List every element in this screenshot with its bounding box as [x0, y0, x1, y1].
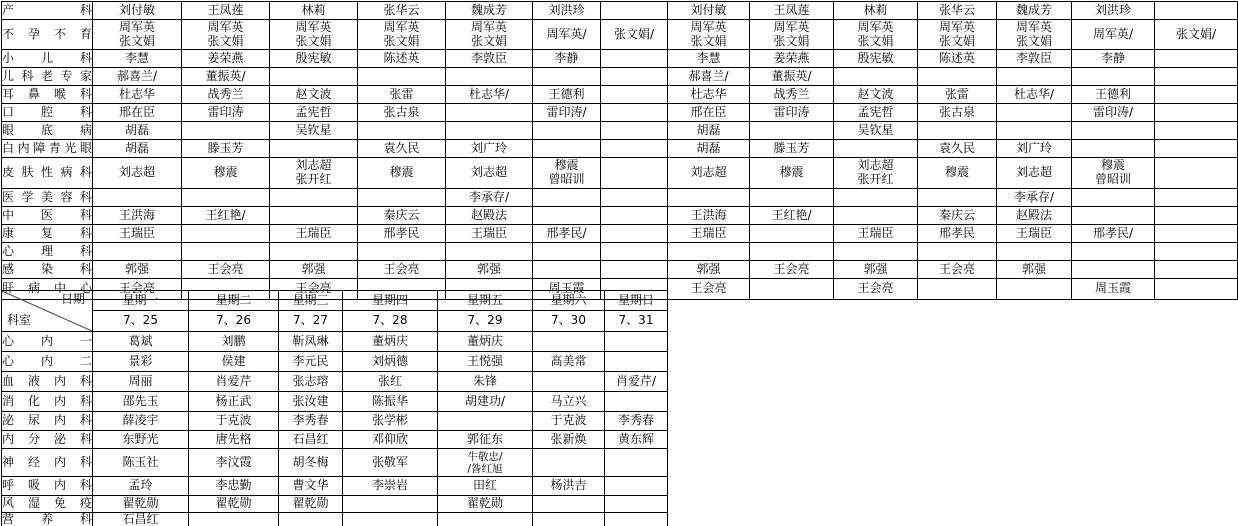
- schedule-cell[interactable]: [93, 243, 182, 261]
- schedule-cell[interactable]: [1072, 122, 1155, 140]
- schedule-cell[interactable]: 翟乾勋: [438, 496, 533, 513]
- schedule-cell[interactable]: 吴钦星: [834, 122, 918, 140]
- schedule-cell[interactable]: [1155, 50, 1238, 68]
- schedule-cell[interactable]: 战秀兰: [750, 86, 834, 104]
- schedule-cell[interactable]: 邢孝民: [358, 225, 446, 243]
- schedule-cell[interactable]: [446, 122, 533, 140]
- schedule-cell[interactable]: 郭强: [446, 261, 533, 279]
- schedule-cell[interactable]: 周玉霞: [1072, 279, 1155, 300]
- schedule-cell[interactable]: 杨正武: [189, 392, 279, 412]
- schedule-cell[interactable]: [93, 189, 182, 207]
- schedule-cell[interactable]: [605, 352, 668, 372]
- schedule-cell[interactable]: [533, 332, 605, 352]
- schedule-cell[interactable]: 周军英张文娟: [270, 20, 358, 50]
- schedule-cell[interactable]: [1072, 207, 1155, 225]
- schedule-cell[interactable]: [668, 243, 750, 261]
- schedule-cell[interactable]: 周军英张文娟: [997, 20, 1072, 50]
- dept-cell[interactable]: 产科: [2, 2, 93, 20]
- schedule-cell[interactable]: 刘广玲: [446, 140, 533, 158]
- schedule-cell[interactable]: 陈述英: [358, 50, 446, 68]
- schedule-cell[interactable]: 张文娟/: [601, 20, 668, 50]
- schedule-cell[interactable]: 穆震: [750, 158, 834, 189]
- schedule-cell[interactable]: [533, 207, 601, 225]
- schedule-cell[interactable]: 郭强: [997, 261, 1072, 279]
- schedule-cell[interactable]: 王瑞臣: [834, 225, 918, 243]
- schedule-cell[interactable]: 王凤莲: [750, 2, 834, 20]
- schedule-cell[interactable]: 滕玉芳: [750, 140, 834, 158]
- schedule-cell[interactable]: 雷印涛/: [1072, 104, 1155, 122]
- schedule-cell[interactable]: [1072, 140, 1155, 158]
- schedule-cell[interactable]: 胡冬梅: [279, 449, 343, 477]
- schedule-cell[interactable]: 孟玲: [93, 477, 189, 496]
- schedule-cell[interactable]: [533, 513, 605, 526]
- schedule-cell[interactable]: 王瑞臣: [270, 225, 358, 243]
- schedule-cell[interactable]: 林莉: [270, 2, 358, 20]
- schedule-cell[interactable]: 于克波: [533, 412, 605, 431]
- schedule-cell[interactable]: 杜志华: [93, 86, 182, 104]
- schedule-cell[interactable]: [601, 225, 668, 243]
- schedule-cell[interactable]: 王凤莲: [182, 2, 270, 20]
- schedule-cell[interactable]: 石昌红: [279, 431, 343, 449]
- schedule-cell[interactable]: 殷宪敏: [270, 50, 358, 68]
- schedule-cell[interactable]: [182, 225, 270, 243]
- schedule-cell[interactable]: [533, 140, 601, 158]
- dept-cell[interactable]: 耳鼻喉科: [2, 86, 93, 104]
- schedule-cell[interactable]: 薛凌宇: [93, 412, 189, 431]
- schedule-cell[interactable]: 胡磊: [93, 122, 182, 140]
- schedule-cell[interactable]: [438, 412, 533, 431]
- schedule-cell[interactable]: [182, 243, 270, 261]
- schedule-cell[interactable]: 穆震: [358, 158, 446, 189]
- schedule-cell[interactable]: 唐先格: [189, 431, 279, 449]
- schedule-cell[interactable]: [533, 449, 605, 477]
- schedule-cell[interactable]: 郭征东: [438, 431, 533, 449]
- dept-cell[interactable]: 神经内科: [2, 449, 93, 477]
- schedule-cell[interactable]: 周军英张文娟: [668, 20, 750, 50]
- schedule-cell[interactable]: [533, 122, 601, 140]
- schedule-cell[interactable]: 周军英/: [1072, 20, 1155, 50]
- schedule-cell[interactable]: 张古泉: [918, 104, 997, 122]
- dept-cell[interactable]: 风湿免疫: [2, 496, 93, 513]
- schedule-cell[interactable]: [750, 189, 834, 207]
- date-header-cell[interactable]: 7、27: [279, 311, 343, 332]
- schedule-cell[interactable]: 雷印涛/: [533, 104, 601, 122]
- schedule-cell[interactable]: 郭强: [668, 261, 750, 279]
- schedule-cell[interactable]: 滕玉芳: [182, 140, 270, 158]
- schedule-cell[interactable]: 李忠勤: [189, 477, 279, 496]
- schedule-cell[interactable]: [1155, 122, 1238, 140]
- schedule-cell[interactable]: 邢孝民/: [1072, 225, 1155, 243]
- schedule-cell[interactable]: 邢孝民/: [533, 225, 601, 243]
- schedule-cell[interactable]: 石昌红: [93, 513, 189, 526]
- schedule-cell[interactable]: 李敦臣: [446, 50, 533, 68]
- schedule-cell[interactable]: 李汶霞: [189, 449, 279, 477]
- schedule-cell[interactable]: [533, 68, 601, 86]
- schedule-cell[interactable]: 朱锋: [438, 372, 533, 392]
- schedule-cell[interactable]: 孟宪哲: [834, 104, 918, 122]
- schedule-cell[interactable]: [270, 207, 358, 225]
- schedule-cell[interactable]: 周军英张文娟: [358, 20, 446, 50]
- schedule-cell[interactable]: [1155, 2, 1238, 20]
- schedule-cell[interactable]: [601, 68, 668, 86]
- schedule-cell[interactable]: 翟乾勋: [93, 496, 189, 513]
- schedule-cell[interactable]: [446, 243, 533, 261]
- dept-cell[interactable]: 儿科老专家: [2, 68, 93, 86]
- corner-header-cell[interactable]: 日期科室: [2, 291, 93, 332]
- schedule-cell[interactable]: 赵殿法: [997, 207, 1072, 225]
- schedule-cell[interactable]: [834, 68, 918, 86]
- schedule-cell[interactable]: 刘志超: [93, 158, 182, 189]
- schedule-cell[interactable]: 杜志华/: [997, 86, 1072, 104]
- schedule-cell[interactable]: [918, 189, 997, 207]
- schedule-cell[interactable]: [343, 496, 438, 513]
- schedule-cell[interactable]: 李静: [533, 50, 601, 68]
- schedule-cell[interactable]: 张古泉: [358, 104, 446, 122]
- schedule-cell[interactable]: 邢孝民: [918, 225, 997, 243]
- schedule-cell[interactable]: [1155, 158, 1238, 189]
- schedule-cell[interactable]: [533, 372, 605, 392]
- schedule-cell[interactable]: 秦庆云: [918, 207, 997, 225]
- schedule-cell[interactable]: [601, 158, 668, 189]
- schedule-cell[interactable]: 李秀春: [605, 412, 668, 431]
- date-header-cell[interactable]: 7、30: [533, 311, 605, 332]
- schedule-cell[interactable]: 周军英张文娟: [182, 20, 270, 50]
- schedule-cell[interactable]: 王会亮: [750, 261, 834, 279]
- dept-cell[interactable]: 消化内科: [2, 392, 93, 412]
- dept-cell[interactable]: 医学美容科: [2, 189, 93, 207]
- schedule-cell[interactable]: 刘洪珍: [1072, 2, 1155, 20]
- schedule-cell[interactable]: 穆震: [182, 158, 270, 189]
- dept-cell[interactable]: 呼吸内科: [2, 477, 93, 496]
- schedule-cell[interactable]: 董振英/: [182, 68, 270, 86]
- schedule-cell[interactable]: 邢在臣: [93, 104, 182, 122]
- schedule-cell[interactable]: [997, 279, 1072, 300]
- day-header-cell[interactable]: 星期三: [279, 291, 343, 311]
- schedule-cell[interactable]: 战秀兰: [182, 86, 270, 104]
- schedule-cell[interactable]: [1155, 86, 1238, 104]
- schedule-cell[interactable]: [601, 104, 668, 122]
- schedule-cell[interactable]: 姜荣燕: [182, 50, 270, 68]
- schedule-cell[interactable]: 黄东辉: [605, 431, 668, 449]
- day-header-cell[interactable]: 星期六: [533, 291, 605, 311]
- schedule-cell[interactable]: 郭强: [270, 261, 358, 279]
- schedule-cell[interactable]: 雷印涛: [750, 104, 834, 122]
- schedule-cell[interactable]: 杨洪吉: [533, 477, 605, 496]
- schedule-cell[interactable]: 郭强: [834, 261, 918, 279]
- schedule-cell[interactable]: 刘志超: [446, 158, 533, 189]
- schedule-cell[interactable]: 刘洪珍: [533, 2, 601, 20]
- schedule-cell[interactable]: 周军英张文娟: [750, 20, 834, 50]
- schedule-cell[interactable]: 于克波: [189, 412, 279, 431]
- schedule-cell[interactable]: [601, 2, 668, 20]
- schedule-cell[interactable]: 王洪海: [93, 207, 182, 225]
- schedule-cell[interactable]: [446, 104, 533, 122]
- schedule-cell[interactable]: 林莉: [834, 2, 918, 20]
- date-header-cell[interactable]: 7、29: [438, 311, 533, 332]
- schedule-cell[interactable]: 曹文华: [279, 477, 343, 496]
- schedule-cell[interactable]: 郝喜兰/: [668, 68, 750, 86]
- schedule-cell[interactable]: 赵文波: [834, 86, 918, 104]
- schedule-cell[interactable]: 邓仰欣: [343, 431, 438, 449]
- schedule-cell[interactable]: 赵文波: [270, 86, 358, 104]
- schedule-cell[interactable]: 景彩: [93, 352, 189, 372]
- schedule-cell[interactable]: 陈述英: [918, 50, 997, 68]
- schedule-cell[interactable]: [605, 392, 668, 412]
- schedule-cell[interactable]: 靳凤琳: [279, 332, 343, 352]
- schedule-cell[interactable]: 张雷: [358, 86, 446, 104]
- schedule-cell[interactable]: 孟宪哲: [270, 104, 358, 122]
- schedule-cell[interactable]: 邵先玉: [93, 392, 189, 412]
- schedule-cell[interactable]: 姜荣燕: [750, 50, 834, 68]
- schedule-cell[interactable]: [1072, 261, 1155, 279]
- dept-cell[interactable]: 感染科: [2, 261, 93, 279]
- schedule-cell[interactable]: 翟乾勋: [189, 496, 279, 513]
- schedule-cell[interactable]: [605, 449, 668, 477]
- schedule-cell[interactable]: [601, 261, 668, 279]
- schedule-cell[interactable]: 张学彬: [343, 412, 438, 431]
- schedule-cell[interactable]: [279, 513, 343, 526]
- schedule-cell[interactable]: 刘志超: [668, 158, 750, 189]
- schedule-cell[interactable]: 刘广玲: [997, 140, 1072, 158]
- schedule-cell[interactable]: [834, 243, 918, 261]
- schedule-cell[interactable]: [1155, 207, 1238, 225]
- schedule-cell[interactable]: [1072, 243, 1155, 261]
- schedule-cell[interactable]: 穆震曾昭训: [1072, 158, 1155, 189]
- schedule-cell[interactable]: 赵殿法: [446, 207, 533, 225]
- dept-cell[interactable]: 泌尿内科: [2, 412, 93, 431]
- schedule-cell[interactable]: 张新焕: [533, 431, 605, 449]
- dept-cell[interactable]: 眼底病: [2, 122, 93, 140]
- schedule-cell[interactable]: 胡磊: [668, 122, 750, 140]
- schedule-cell[interactable]: [601, 243, 668, 261]
- schedule-cell[interactable]: [601, 122, 668, 140]
- schedule-cell[interactable]: [601, 50, 668, 68]
- schedule-cell[interactable]: 袁久民: [918, 140, 997, 158]
- schedule-cell[interactable]: [605, 477, 668, 496]
- schedule-cell[interactable]: [918, 279, 997, 300]
- schedule-cell[interactable]: [750, 225, 834, 243]
- schedule-cell[interactable]: [270, 68, 358, 86]
- schedule-cell[interactable]: 王洪海: [668, 207, 750, 225]
- schedule-cell[interactable]: 刘鹏: [189, 332, 279, 352]
- schedule-cell[interactable]: 王瑞臣: [997, 225, 1072, 243]
- schedule-cell[interactable]: 东野光: [93, 431, 189, 449]
- schedule-cell[interactable]: [997, 104, 1072, 122]
- schedule-cell[interactable]: [605, 513, 668, 526]
- dept-cell[interactable]: 心内二: [2, 352, 93, 372]
- schedule-cell[interactable]: [918, 68, 997, 86]
- schedule-cell[interactable]: 李秀春: [279, 412, 343, 431]
- schedule-cell[interactable]: 胡磊: [668, 140, 750, 158]
- schedule-cell[interactable]: [358, 243, 446, 261]
- schedule-cell[interactable]: 李承存/: [446, 189, 533, 207]
- schedule-cell[interactable]: 周军英/: [533, 20, 601, 50]
- schedule-cell[interactable]: 周军英张文娟: [446, 20, 533, 50]
- schedule-cell[interactable]: 董炳庆: [438, 332, 533, 352]
- schedule-cell[interactable]: 王红艳/: [182, 207, 270, 225]
- schedule-cell[interactable]: 王悦强: [438, 352, 533, 372]
- schedule-cell[interactable]: 侯建: [189, 352, 279, 372]
- schedule-cell[interactable]: 李静: [1072, 50, 1155, 68]
- schedule-cell[interactable]: 邢在臣: [668, 104, 750, 122]
- day-header-cell[interactable]: 星期日: [605, 291, 668, 311]
- day-header-cell[interactable]: 星期一: [93, 291, 189, 311]
- schedule-cell[interactable]: [750, 279, 834, 300]
- dept-cell[interactable]: 中医科: [2, 207, 93, 225]
- schedule-cell[interactable]: 李崇岩: [343, 477, 438, 496]
- schedule-cell[interactable]: 董振英/: [750, 68, 834, 86]
- schedule-cell[interactable]: [1155, 189, 1238, 207]
- schedule-cell[interactable]: 李敦臣: [997, 50, 1072, 68]
- day-header-cell[interactable]: 星期二: [189, 291, 279, 311]
- schedule-cell[interactable]: 周军英张文娟: [918, 20, 997, 50]
- schedule-cell[interactable]: [182, 189, 270, 207]
- schedule-cell[interactable]: [270, 189, 358, 207]
- schedule-cell[interactable]: [997, 68, 1072, 86]
- schedule-cell[interactable]: 王会亮: [182, 261, 270, 279]
- schedule-cell[interactable]: 刘炳德: [343, 352, 438, 372]
- dept-cell[interactable]: 营养科: [2, 513, 93, 526]
- schedule-cell[interactable]: [438, 513, 533, 526]
- schedule-cell[interactable]: 李元民: [279, 352, 343, 372]
- schedule-cell[interactable]: 杜志华: [668, 86, 750, 104]
- schedule-cell[interactable]: [834, 140, 918, 158]
- dept-cell[interactable]: 内分泌科: [2, 431, 93, 449]
- schedule-cell[interactable]: 杜志华/: [446, 86, 533, 104]
- schedule-cell[interactable]: 王会亮: [834, 279, 918, 300]
- schedule-cell[interactable]: [446, 68, 533, 86]
- schedule-cell[interactable]: [533, 243, 601, 261]
- schedule-cell[interactable]: 吴钦星: [270, 122, 358, 140]
- date-header-cell[interactable]: 7、26: [189, 311, 279, 332]
- schedule-cell[interactable]: [270, 243, 358, 261]
- schedule-cell[interactable]: 刘志超张开红: [270, 158, 358, 189]
- schedule-cell[interactable]: 郝喜兰/: [93, 68, 182, 86]
- schedule-cell[interactable]: 穆震: [918, 158, 997, 189]
- day-header-cell[interactable]: 星期五: [438, 291, 533, 311]
- schedule-cell[interactable]: 肖爱芹: [189, 372, 279, 392]
- schedule-cell[interactable]: 郭强: [93, 261, 182, 279]
- schedule-cell[interactable]: [1155, 261, 1238, 279]
- schedule-cell[interactable]: 牛敬忠//昝红旭: [438, 449, 533, 477]
- schedule-cell[interactable]: 秦庆云: [358, 207, 446, 225]
- schedule-cell[interactable]: [1072, 189, 1155, 207]
- schedule-cell[interactable]: 张华云: [918, 2, 997, 20]
- dept-cell[interactable]: 血液内科: [2, 372, 93, 392]
- schedule-cell[interactable]: [605, 332, 668, 352]
- schedule-cell[interactable]: [668, 189, 750, 207]
- schedule-cell[interactable]: [358, 189, 446, 207]
- schedule-cell[interactable]: 张志瑢: [279, 372, 343, 392]
- schedule-cell[interactable]: 王红艳/: [750, 207, 834, 225]
- schedule-cell[interactable]: 刘付敏: [93, 2, 182, 20]
- schedule-cell[interactable]: 翟乾勋: [279, 496, 343, 513]
- schedule-cell[interactable]: 刘付敏: [668, 2, 750, 20]
- schedule-cell[interactable]: 李慧: [93, 50, 182, 68]
- schedule-cell[interactable]: [533, 496, 605, 513]
- dept-cell[interactable]: 不孕不育: [2, 20, 93, 50]
- schedule-cell[interactable]: 高美常: [533, 352, 605, 372]
- schedule-cell[interactable]: 陈振华: [343, 392, 438, 412]
- schedule-cell[interactable]: 马立兴: [533, 392, 605, 412]
- schedule-cell[interactable]: 周军英张文娟: [93, 20, 182, 50]
- schedule-cell[interactable]: 张红: [343, 372, 438, 392]
- schedule-cell[interactable]: 张汝建: [279, 392, 343, 412]
- schedule-cell[interactable]: 张雷: [918, 86, 997, 104]
- schedule-cell[interactable]: 魏成芳: [446, 2, 533, 20]
- schedule-cell[interactable]: 李承存/: [997, 189, 1072, 207]
- schedule-cell[interactable]: [601, 140, 668, 158]
- schedule-cell[interactable]: 袁久民: [358, 140, 446, 158]
- schedule-cell[interactable]: [834, 207, 918, 225]
- date-header-cell[interactable]: 7、28: [343, 311, 438, 332]
- schedule-cell[interactable]: 穆震曾昭训: [533, 158, 601, 189]
- date-header-cell[interactable]: 7、25: [93, 311, 189, 332]
- schedule-cell[interactable]: 王德利: [1072, 86, 1155, 104]
- dept-cell[interactable]: 白内障青光眼: [2, 140, 93, 158]
- schedule-cell[interactable]: 张文娟/: [1155, 20, 1238, 50]
- schedule-cell[interactable]: 周丽: [93, 372, 189, 392]
- schedule-cell[interactable]: 殷宪敏: [834, 50, 918, 68]
- schedule-cell[interactable]: [1155, 243, 1238, 261]
- schedule-cell[interactable]: [189, 513, 279, 526]
- schedule-cell[interactable]: 胡建功/: [438, 392, 533, 412]
- schedule-cell[interactable]: 李慧: [668, 50, 750, 68]
- schedule-cell[interactable]: 王瑞臣: [668, 225, 750, 243]
- schedule-cell[interactable]: [270, 140, 358, 158]
- schedule-cell[interactable]: 肖爱芹/: [605, 372, 668, 392]
- schedule-cell[interactable]: [358, 68, 446, 86]
- schedule-cell[interactable]: [601, 207, 668, 225]
- dept-cell[interactable]: 皮肤性病科: [2, 158, 93, 189]
- dept-cell[interactable]: 康复科: [2, 225, 93, 243]
- schedule-cell[interactable]: [533, 189, 601, 207]
- schedule-cell[interactable]: 王会亮: [918, 261, 997, 279]
- dept-cell[interactable]: 心内一: [2, 332, 93, 352]
- schedule-cell[interactable]: 张华云: [358, 2, 446, 20]
- schedule-cell[interactable]: [601, 189, 668, 207]
- schedule-cell[interactable]: [1072, 68, 1155, 86]
- schedule-cell[interactable]: [1155, 140, 1238, 158]
- schedule-cell[interactable]: [533, 261, 601, 279]
- schedule-cell[interactable]: 周军英张文娟: [834, 20, 918, 50]
- schedule-cell[interactable]: [605, 496, 668, 513]
- schedule-cell[interactable]: [358, 122, 446, 140]
- schedule-cell[interactable]: 王会亮: [358, 261, 446, 279]
- schedule-cell[interactable]: [1155, 225, 1238, 243]
- dept-cell[interactable]: 口腔科: [2, 104, 93, 122]
- schedule-cell[interactable]: 王瑞臣: [446, 225, 533, 243]
- schedule-cell[interactable]: [997, 122, 1072, 140]
- schedule-cell[interactable]: 葛斌: [93, 332, 189, 352]
- schedule-cell[interactable]: 胡磊: [93, 140, 182, 158]
- date-header-cell[interactable]: 7、31: [605, 311, 668, 332]
- schedule-cell[interactable]: [1155, 104, 1238, 122]
- schedule-cell[interactable]: [918, 243, 997, 261]
- schedule-cell[interactable]: [918, 122, 997, 140]
- schedule-cell[interactable]: [750, 122, 834, 140]
- schedule-cell[interactable]: [601, 86, 668, 104]
- schedule-cell[interactable]: 王瑞臣: [93, 225, 182, 243]
- schedule-cell[interactable]: 王德利: [533, 86, 601, 104]
- schedule-cell[interactable]: 王会亮: [668, 279, 750, 300]
- schedule-cell[interactable]: [997, 243, 1072, 261]
- schedule-cell[interactable]: 雷印涛: [182, 104, 270, 122]
- schedule-cell[interactable]: [1155, 68, 1238, 86]
- schedule-cell[interactable]: [1155, 279, 1238, 300]
- schedule-cell[interactable]: 刘志超张开红: [834, 158, 918, 189]
- dept-cell[interactable]: 心理科: [2, 243, 93, 261]
